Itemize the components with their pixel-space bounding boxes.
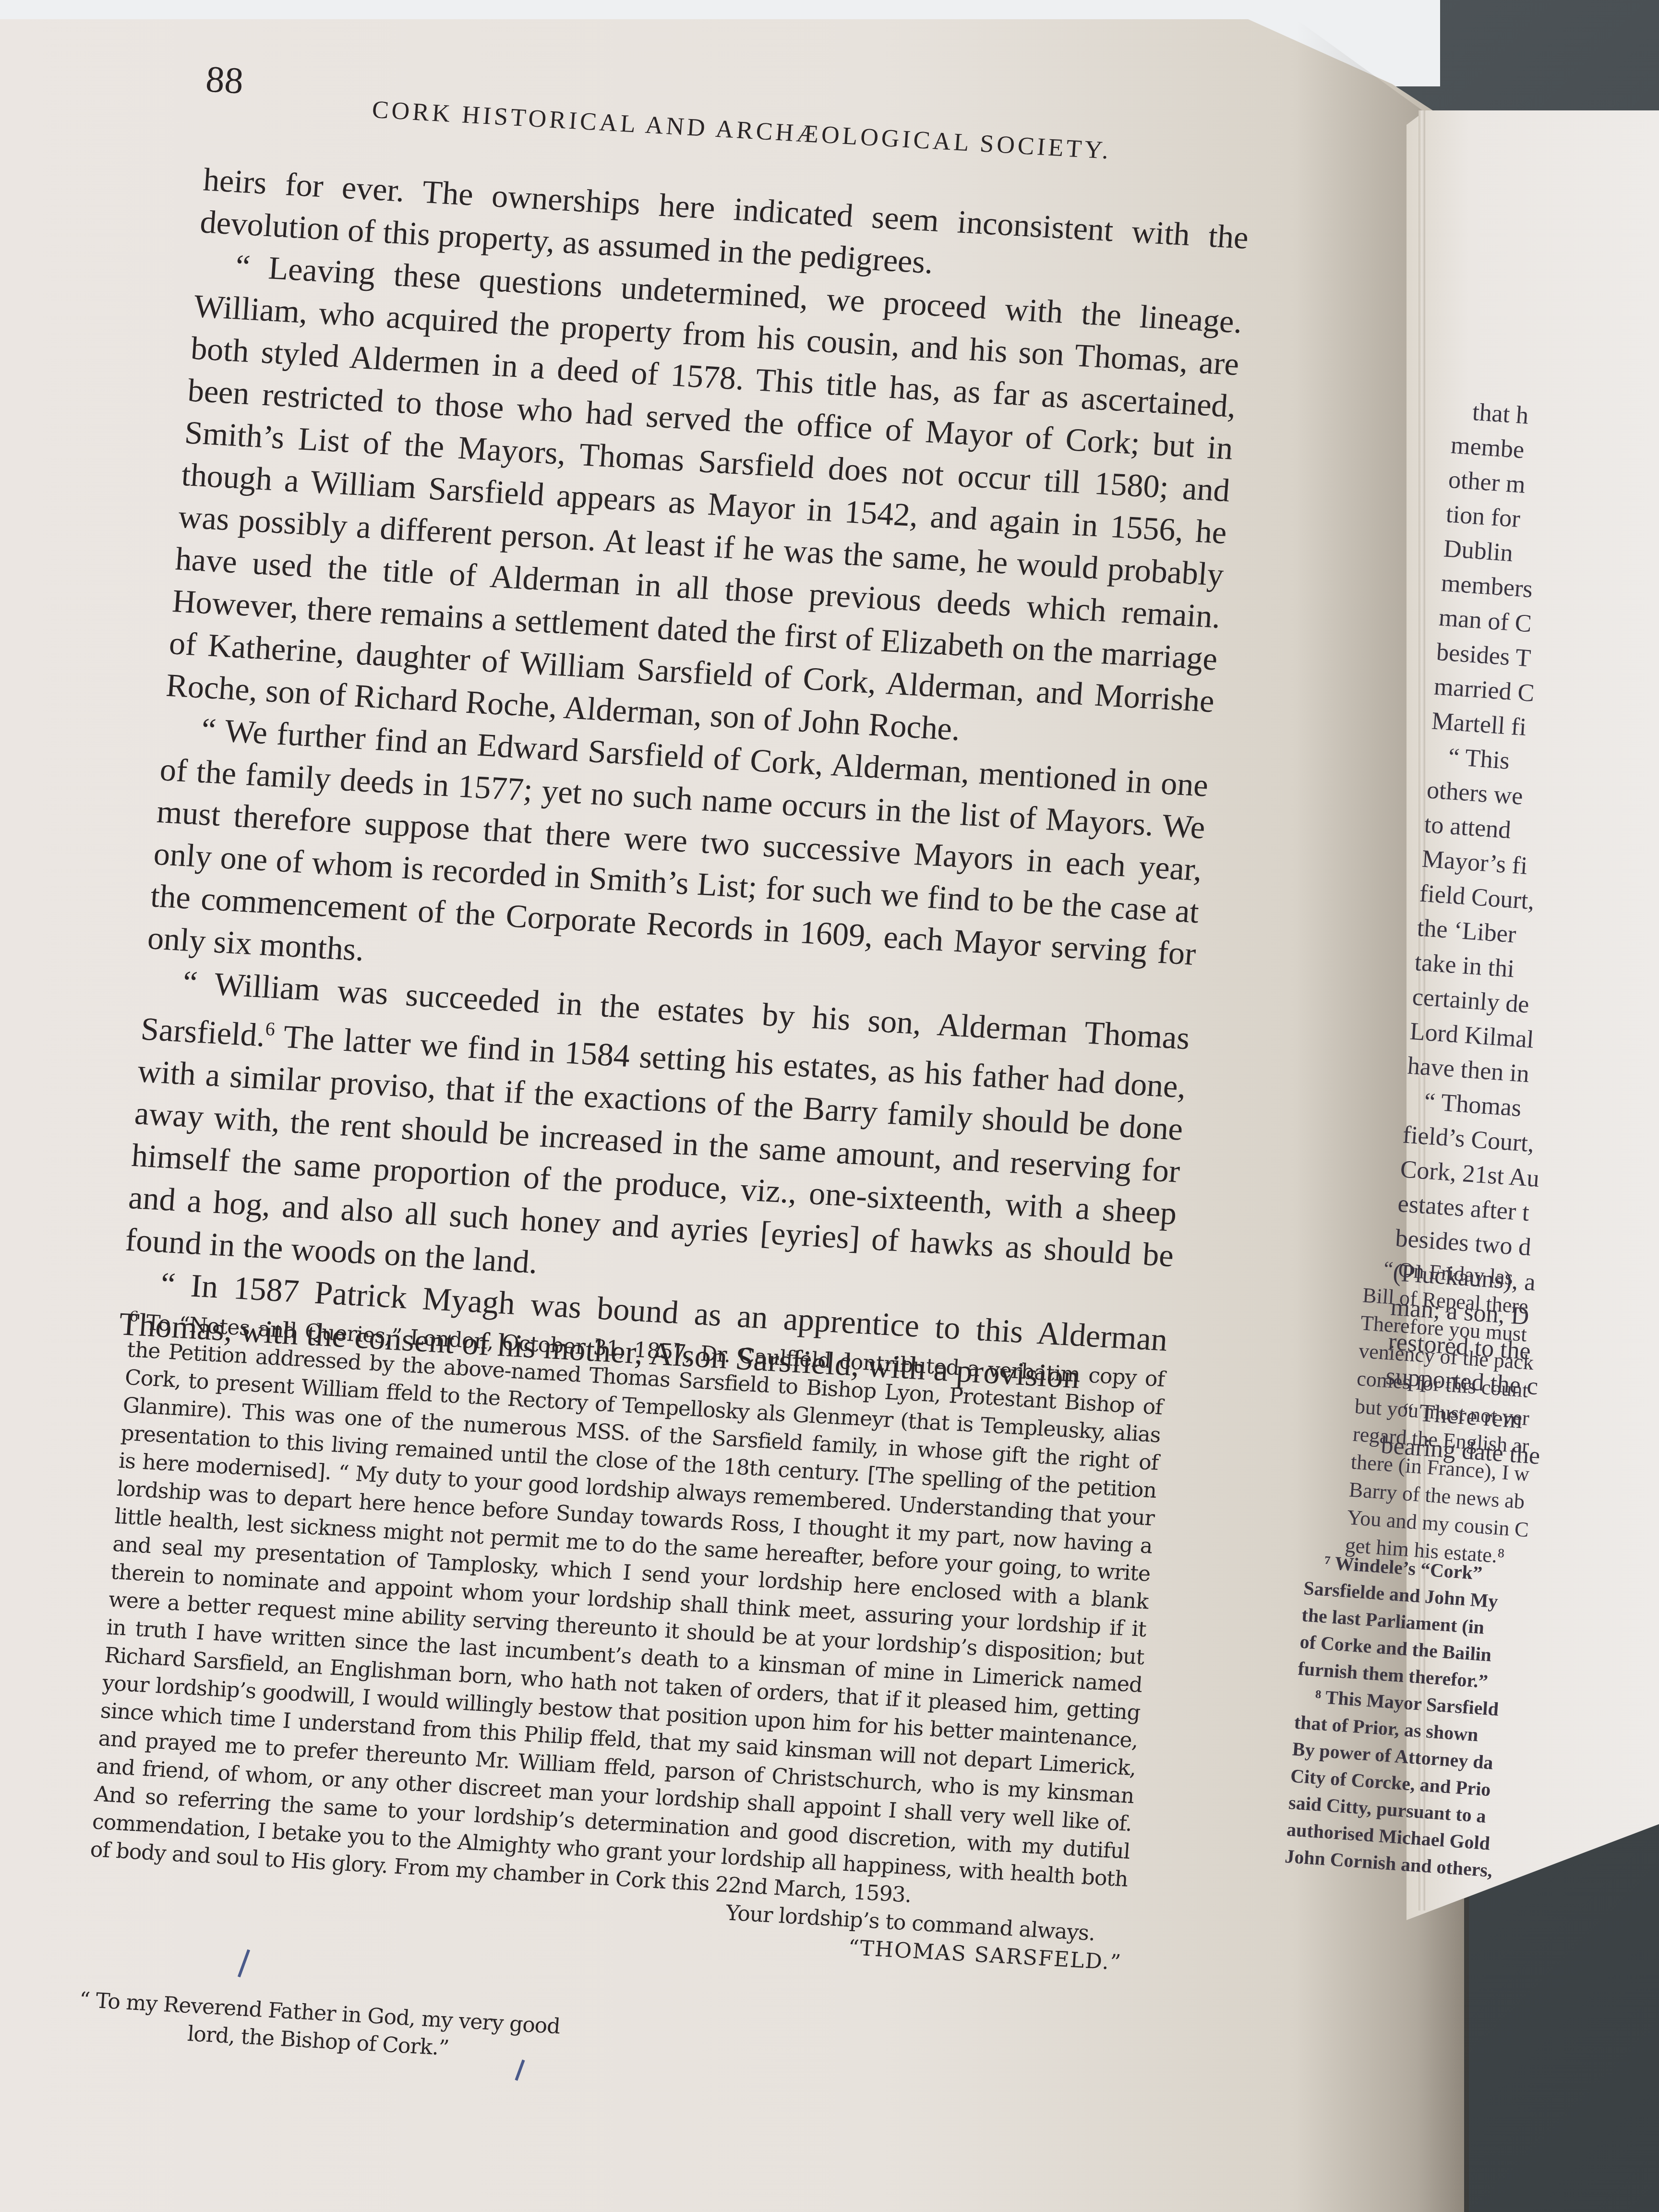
paragraph-william: “ William was succeeded in the estates b… <box>124 959 1191 1319</box>
footnote-text: To “Notes and Queries,” London, October … <box>89 1310 1165 1908</box>
paragraph-text: The latter we find in 1584 setting his e… <box>124 1018 1188 1280</box>
footnote-marker: 6 <box>129 1308 139 1325</box>
right-quote: “ On Friday las Bill of Repeal there The… <box>1344 1253 1547 1572</box>
footnote-body: 6 To “Notes and Queries,” London, Octobe… <box>89 1303 1166 1921</box>
page-number: 88 <box>204 58 245 103</box>
paragraph: “ Leaving these questions undetermined, … <box>165 242 1244 764</box>
footnote-6: 6 To “Notes and Queries,” London, Octobe… <box>76 1303 1166 2099</box>
right-footnotes: ⁷ Windele’s “Cork” Sarsfielde and John M… <box>1284 1548 1514 1884</box>
body-text: heirs for ever. The ownerships here indi… <box>118 158 1250 1403</box>
